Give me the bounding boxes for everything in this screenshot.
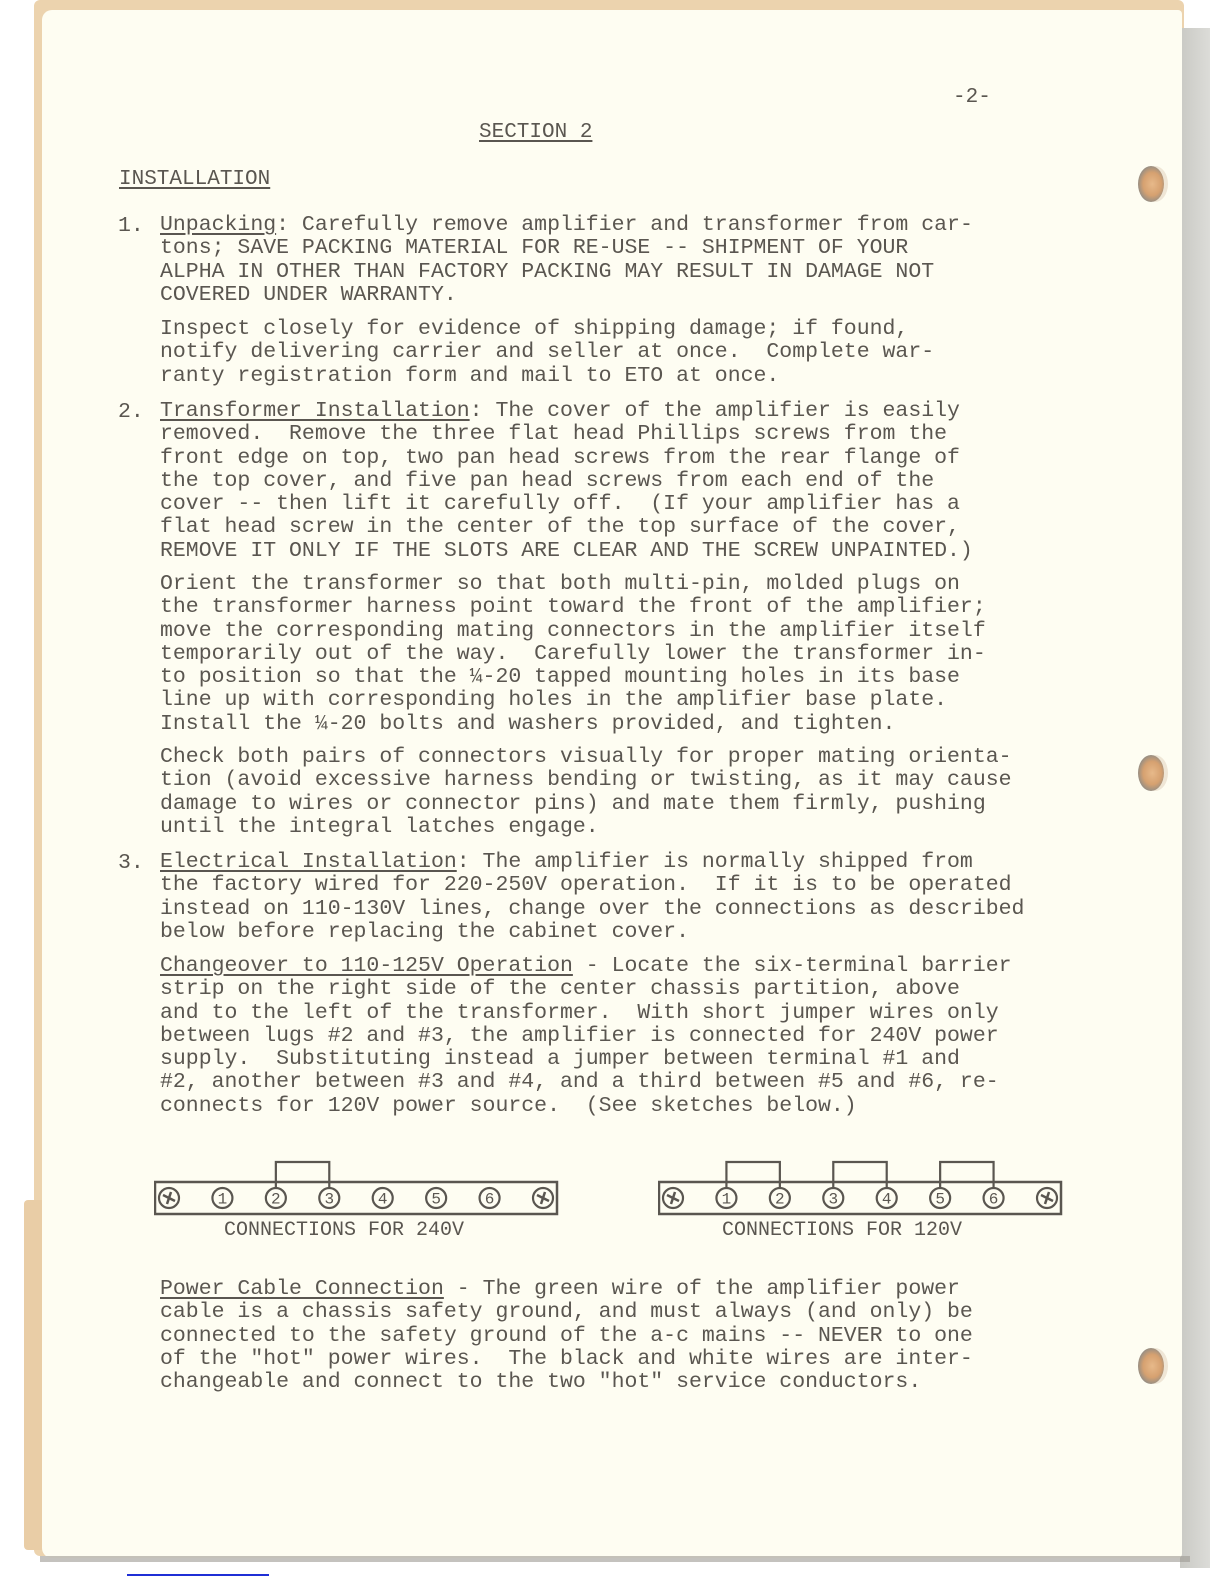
power-cable-lead: Power Cable Connection: [160, 1277, 444, 1301]
orient-paragraph: Orient the transformer so that both mult…: [160, 573, 986, 736]
check-connectors-paragraph: Check both pairs of connectors visually …: [160, 746, 1012, 839]
svg-text:5: 5: [431, 1191, 441, 1209]
svg-text:1: 1: [722, 1191, 732, 1209]
transformer-installation-paragraph: Transformer Installation: The cover of t…: [160, 400, 973, 563]
svg-text:5: 5: [935, 1191, 945, 1209]
svg-text:6: 6: [485, 1191, 495, 1209]
scan-artifact-line: [127, 1574, 269, 1576]
barrier-strip-diagram: 123456: [658, 1158, 1064, 1218]
section-title: SECTION 2: [479, 121, 592, 144]
item-number: 2.: [118, 400, 144, 424]
unpacking-lead: Unpacking: [160, 213, 276, 237]
caption-120v: CONNECTIONS FOR 120V: [722, 1219, 962, 1242]
changeover-paragraph: Changeover to 110-125V Operation - Locat…: [160, 955, 1012, 1118]
page-number: -2-: [953, 86, 991, 109]
terminal-strip-120v: 123456: [658, 1158, 1064, 1223]
terminal-strip-240v: 123456: [154, 1158, 560, 1223]
item-number: 1.: [118, 214, 144, 238]
page-bottom-shadow: [40, 1556, 1190, 1562]
barrier-strip-diagram: 123456: [154, 1158, 560, 1218]
electrical-installation-lead: Electrical Installation: [160, 850, 457, 874]
unpacking-paragraph: Unpacking: Carefully remove amplifier an…: [160, 214, 973, 307]
caption-240v: CONNECTIONS FOR 240V: [224, 1219, 464, 1242]
svg-text:1: 1: [218, 1191, 228, 1209]
svg-text:4: 4: [378, 1191, 388, 1209]
svg-text:4: 4: [882, 1191, 892, 1209]
changeover-lead: Changeover to 110-125V Operation: [160, 954, 573, 978]
transformer-installation-lead: Transformer Installation: [160, 399, 470, 423]
svg-text:2: 2: [271, 1191, 281, 1209]
binder-hole-icon: [1138, 755, 1164, 791]
installation-heading: INSTALLATION: [119, 168, 270, 191]
svg-text:3: 3: [324, 1191, 334, 1209]
binder-hole-icon: [1138, 166, 1164, 202]
power-cable-paragraph: Power Cable Connection - The green wire …: [160, 1278, 973, 1394]
electrical-installation-paragraph: Electrical Installation: The amplifier i…: [160, 851, 1024, 944]
svg-text:2: 2: [775, 1191, 785, 1209]
inspect-paragraph: Inspect closely for evidence of shipping…: [160, 318, 934, 388]
svg-text:3: 3: [828, 1191, 838, 1209]
page-edge-shadow: [1180, 28, 1210, 1568]
item-number: 3.: [118, 851, 144, 875]
binder-hole-icon: [1138, 1348, 1164, 1384]
svg-text:6: 6: [989, 1191, 999, 1209]
